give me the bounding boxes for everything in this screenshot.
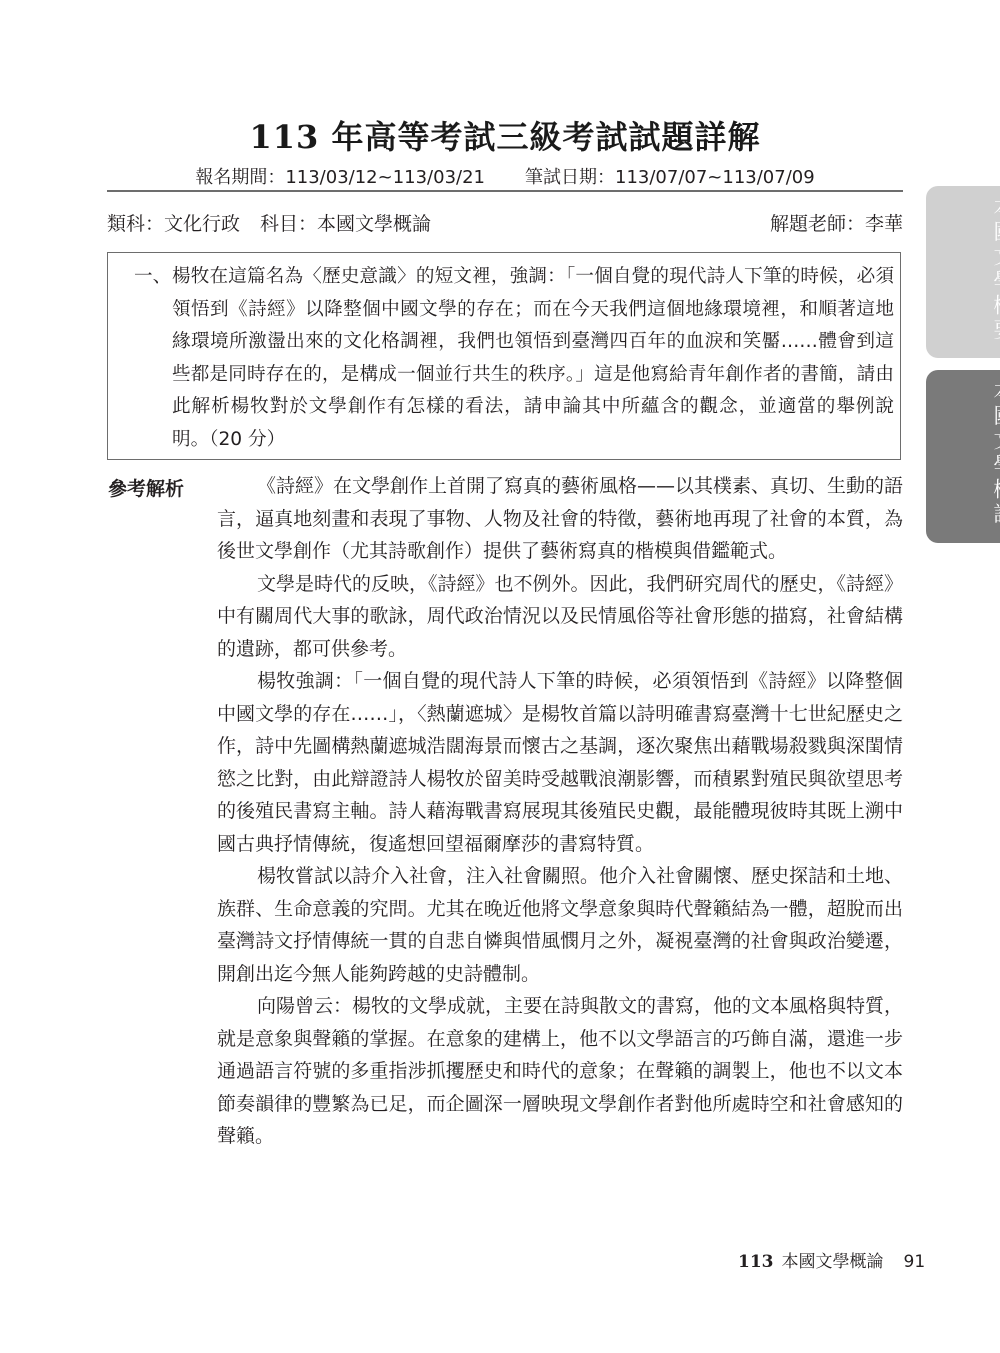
- category-label: 類科：文化行政: [107, 213, 240, 235]
- question: 一、 楊牧在這篇名為〈歷史意識〉的短文裡，強調：「一個自覺的現代詩人下筆的時候，…: [134, 261, 894, 456]
- answer-paragraph: 向陽曾云：楊牧的文學成就，主要在詩與散文的書寫，他的文本風格與特質，就是意象與聲…: [217, 990, 903, 1153]
- answer-body: 《詩經》在文學創作上首開了寫真的藝術風格——以其樸素、真切、生動的語言，逼真地刻…: [217, 470, 903, 1153]
- question-text: 楊牧在這篇名為〈歷史意識〉的短文裡，強調：「一個自覺的現代詩人下筆的時候，必須領…: [134, 261, 894, 456]
- written-exam-date: 筆試日期：113/07/07~113/07/09: [525, 163, 815, 189]
- side-tab-literature-outline[interactable]: 本國文學概要: [926, 186, 1000, 358]
- answer-paragraph: 文學是時代的反映，《詩經》也不例外。因此，我們研究周代的歷史，《詩經》中有關周代…: [217, 568, 903, 666]
- instructor-label: 解題老師：李華: [770, 213, 903, 235]
- footer-year: 113: [738, 1252, 774, 1272]
- registration-period: 報名期間：113/03/12~113/03/21: [195, 163, 485, 189]
- answer-paragraph: 楊牧嘗試以詩介入社會，注入社會關照。他介入社會關懷、歷史探詰和土地、族群、生命意…: [217, 860, 903, 990]
- answer-paragraph: 《詩經》在文學創作上首開了寫真的藝術風格——以其樸素、真切、生動的語言，逼真地刻…: [217, 470, 903, 568]
- page-number: 91: [904, 1252, 926, 1272]
- answer-paragraph: 楊牧強調：「一個自覺的現代詩人下筆的時候，必須領悟到《詩經》以降整個中國文學的存…: [217, 665, 903, 860]
- exam-dates: 報名期間：113/03/12~113/03/21筆試日期：113/07/07~1…: [0, 163, 1000, 189]
- header-divider: [107, 190, 903, 192]
- page-footer: 113本國文學概論91: [738, 1247, 925, 1272]
- question-box: 一、 楊牧在這篇名為〈歷史意識〉的短文裡，強調：「一個自覺的現代詩人下筆的時候，…: [107, 252, 901, 460]
- side-tab-literature-theory[interactable]: 本國文學概論: [926, 370, 1000, 543]
- subject-label: 科目：本國文學概論: [260, 213, 431, 235]
- page-title: 113 年高等考試三級考試試題詳解: [0, 112, 1000, 158]
- question-number: 一、: [134, 261, 171, 294]
- answer-label: 參考解析: [108, 474, 184, 501]
- exam-meta: 類科：文化行政科目：本國文學概論 解題老師：李華: [107, 209, 903, 236]
- footer-subject: 本國文學概論: [782, 1252, 884, 1272]
